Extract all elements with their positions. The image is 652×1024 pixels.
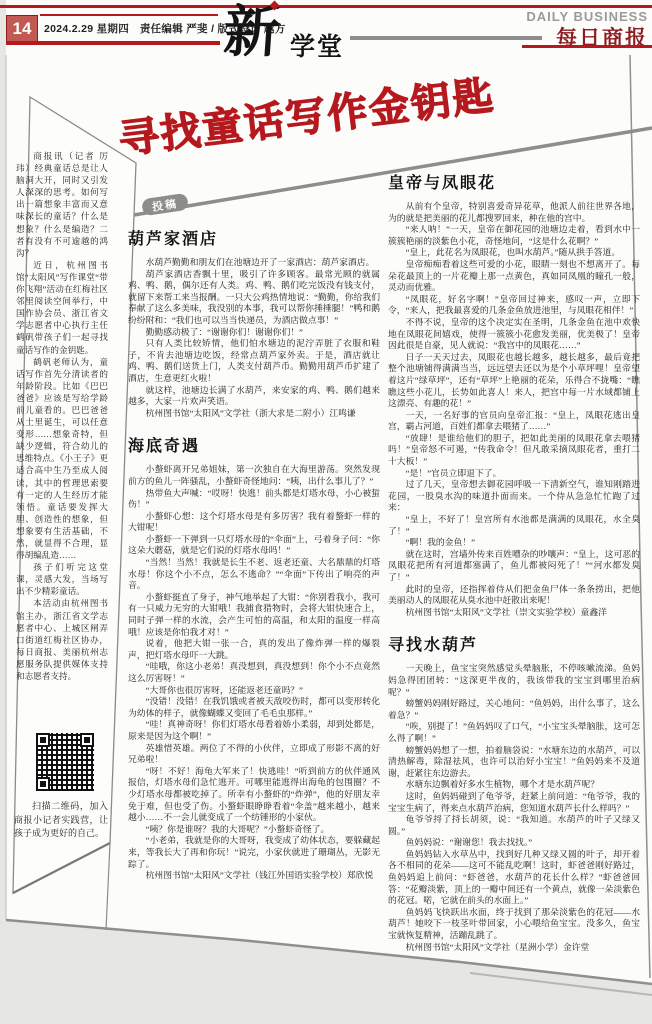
paragraph: “凤眼花，好名字啊！”皇帝回过神来，感叹一声，立即下令，“来人，把我最喜爱的几条… <box>388 294 640 317</box>
masthead-red-rule <box>522 45 652 48</box>
paragraph: “当然！当然！我就是长生不老、返老还童、大名鼎鼎的灯塔水母！你这个小不点，怎么不… <box>128 557 380 592</box>
paragraph: “小老弟，我就是你的大哥呀，我变成了幼体状态，要躲藏起来，等我长大了再和你玩！”… <box>128 835 380 870</box>
paragraph: 只有人类比较矫情，他们怕水塘边的泥泞弄脏了衣服和鞋子，不肯去池塘边吃饭，经常点葫… <box>128 338 380 384</box>
sidebar-intro-article: 商报讯（记者 厉玮）经典童话总是让人脑洞大开，同时又引发人深深的思考。如何写出一… <box>16 150 108 682</box>
date-bottom-rule <box>6 41 220 45</box>
date-top-rule <box>40 14 218 16</box>
paragraph: “没错！没错！在我饥饿或者被天敌咬伤时，都可以变形转化为幼体的样子，就像蝴蝶又变… <box>128 696 380 719</box>
article-byline: 杭州图书馆“太阳风”文学社（星洲小学）金许堂 <box>388 942 640 954</box>
paragraph: 螃蟹妈妈刚好路过，关心地问：“鱼妈妈，出什么事了，这么着急？” <box>388 698 640 721</box>
paragraph: 英雄惜英雄。两位了不得的小伙伴，立即成了形影不离的好兄弟啦！ <box>128 743 380 766</box>
paragraph: 就这样，池塘边长满了水葫芦，来安家的鸡、鸭、鹅们越来越多，大家一片欢声笑语。 <box>128 385 380 408</box>
paragraph: 从前有个皇帝，特别喜爱奇异花草，他派人前往世界各地，为的就是把美丽的花儿都搜罗回… <box>388 201 640 224</box>
article-body-emperor-flower: 从前有个皇帝，特别喜爱奇异花草，他派人前往世界各地，为的就是把美丽的花儿都搜罗回… <box>388 201 640 607</box>
paragraph: 近日，杭州图书馆“太阳风”写作课堂“带你飞翔”活动在红梅社区邻里阅读空间举行，中… <box>16 259 108 356</box>
article-title-emperor-flower: 皇帝与凤眼花 <box>388 170 640 193</box>
paragraph: 勤勤感动极了：“谢谢你们！谢谢你们！” <box>128 327 380 339</box>
paragraph: 一天晚上，鱼宝宝突然感觉头晕脑胀，不停咳嗽流涕。鱼妈妈急得团团转：“这深更半夜的… <box>388 663 640 698</box>
paragraph: 鱼妈妈飞快跃出水面，终于找到了那朵淡紫色的花冠——水葫芦！她咬下一枝茎叶带回家，… <box>388 907 640 942</box>
article-byline: 杭州图书馆“太阳风”文学社（崇文实验学校）童鑫洋 <box>388 607 640 619</box>
paragraph: “大哥你也很厉害呀，还能返老还童吗？” <box>128 685 380 697</box>
paragraph: “呀！不好！海龟大军来了！快逃哇！”听到前方的伙伴通风报信，灯塔水母们急忙逃开。… <box>128 766 380 824</box>
article-title-hulu-hotel: 葫芦家酒店 <box>128 226 380 249</box>
paragraph: 鹤矾老师认为，童话写作首先分清读者的年龄阶段。比如《巴巴爸爸》应该是写给学龄前儿… <box>16 356 108 562</box>
masthead-logo-sub: 学堂 <box>290 27 344 63</box>
paragraph: 水葫芦勤勤和朋友们在池塘边开了一家酒店：葫芦家酒店。 <box>128 257 380 269</box>
center-column: 葫芦家酒店 水葫芦勤勤和朋友们在池塘边开了一家酒店：葫芦家酒店。葫芦家酒店香飘十… <box>128 226 380 882</box>
qr-finder-icon <box>80 733 94 747</box>
paragraph: 热带鱼大声喊：“哎呀！快逃！前头都是灯塔水母，小心被蜇伤！” <box>128 488 380 511</box>
paragraph: 水塘东边飘着好多水生植物，哪个才是水葫芦呢？ <box>388 779 640 791</box>
qr-code <box>36 733 94 791</box>
paragraph: 商报讯（记者 厉玮）经典童话总是让人脑洞大开，同时又引发人深深的思考。如何写出一… <box>16 150 108 259</box>
qr-finder-icon <box>36 733 50 747</box>
paragraph: 龟爷爷捋了捋长胡须，说：“我知道。水葫芦的叶子又绿又圆。” <box>388 814 640 837</box>
masthead-logo: 新 <box>222 4 282 60</box>
article-body-find-hyacinth: 一天晚上，鱼宝宝突然感觉头晕脑胀，不停咳嗽流涕。鱼妈妈急得团团转：“这深更半夜的… <box>388 663 640 941</box>
article-body-seabed-adventure: 小螯虾离开兄弟姐妹，第一次独自在大海里游荡。突然发现前方的鱼儿一阵骚乱，小螯虾奇… <box>128 464 380 870</box>
article-title-seabed-adventure: 海底奇遇 <box>128 433 380 456</box>
right-column: 皇帝与凤眼花 从前有个皇帝，特别喜爱奇异花草，他派人前往世界各地，为的就是把美丽… <box>388 170 640 953</box>
newspaper-scan: 14 2024.2.29 星期四 责任编辑 严斐 / 版式设计 越方 新 学堂 … <box>0 0 652 1024</box>
paragraph: 小螯虾离开兄弟姐妹，第一次独自在大海里游荡。突然发现前方的鱼儿一阵骚乱，小螯虾奇… <box>128 464 380 487</box>
paragraph: 小螯虾挺直了身子，神气地举起了大钳：“你别看我小，我可有一只威力无穷的大钳哦！我… <box>128 592 380 638</box>
paragraph: 小螯虾一下弹到一只灯塔水母的“伞面”上，弓着身子问：“你这朵大蘑菇，就是它们说的… <box>128 534 380 557</box>
paragraph: “哇哦，你这小老弟！真没想到，真没想到！你个小不点竟然这么厉害呀！” <box>128 661 380 684</box>
article-title-find-hyacinth: 寻找水葫芦 <box>388 632 640 655</box>
paragraph: 一天，一名好事的官员向皇帝汇报：“皇上，凤眼花逃出皇宫，霸占河道，百姓们都拿去喂… <box>388 410 640 433</box>
paragraph: 小螯虾心想：这个灯塔水母是有多厉害？我有着螯虾一样的大钳呢！ <box>128 511 380 534</box>
paragraph: 过了几天，皇帝想去御花园呼吸一下清新空气，谁知刚踏进花园，一股臭水沟的味道扑面而… <box>388 479 640 514</box>
article-byline: 杭州图书馆“太阳风”文学社（浙大求是二附小）江鸣谦 <box>128 408 380 420</box>
paragraph: 不得不说，皇帝的这个决定实在圣明，几条金鱼在池中欢快地在凤眼花间嬉戏，使得一簇簇… <box>388 317 640 352</box>
paragraph: “咦？你是谁呀？我的大哥呢？”小螯虾奇怪了。 <box>128 824 380 836</box>
paragraph: 日子一天天过去，凤眼花也越长越多，越长越多，最后竟把整个池塘铺得满满当当，远远望… <box>388 352 640 410</box>
paragraph: 皇帝痴痴看着这些可爱的小花，眼睛一刻也不想离开了。每朵花最顶上的一片花瓣上那一点… <box>388 259 640 294</box>
paragraph: 孩子们听完这堂课，灵感大发，当场写出不少精彩童话。 <box>16 561 108 597</box>
article-body-hulu-hotel: 水葫芦勤勤和朋友们在池塘边开了一家酒店：葫芦家酒店。葫芦家酒店香飘十里，吸引了许… <box>128 257 380 408</box>
qr-finder-icon <box>36 777 50 791</box>
paragraph: “哇！真神奇呀！你们灯塔水母看着娇小柔弱，却到处都是，原来是因为这个啊！” <box>128 719 380 742</box>
paragraph: “来人呐！”一天，皇帝在御花园的池塘边走着，看到水中一簇簇艳丽的淡紫色小花，奇怪… <box>388 224 640 247</box>
paragraph: “皇上，不好了！皇宫所有水池都是满满的凤眼花，水全臭了！” <box>388 514 640 537</box>
paragraph: “皇上，此花名为凤眼花，也叫水葫芦。”随从拱手答道。 <box>388 247 640 259</box>
paragraph: 鱼妈妈说：“谢谢您！我去找找。” <box>388 837 640 849</box>
paragraph: 葫芦家酒店香飘十里，吸引了许多顾客。最常光顾的就属鸡、鸭、鹅，偶尔还有人类。鸡、… <box>128 269 380 327</box>
paragraph: “啊！我的金鱼！” <box>388 537 640 549</box>
paragraph: 此时的皇帝，还指挥着侍从们把金鱼尸体一条条捞出，把他美丽动人的凤眼花从臭水池中赶… <box>388 584 640 607</box>
page-number-badge: 14 <box>6 15 38 43</box>
paragraph: 说着，他把大钳一张一合，真的发出了像炸弹一样的爆裂声，把灯塔水母吓一大跳。 <box>128 638 380 661</box>
paragraph: 螃蟹妈妈想了一想，拍着脑袋说：“水塘东边的水葫芦，可以清热解毒，除湿祛风，也许可… <box>388 745 640 780</box>
paragraph: “唉，别提了！”鱼妈妈叹了口气，“小宝宝头晕脑胀，这可怎么得了啊！” <box>388 721 640 744</box>
paragraph: 鱼妈妈钻入水草丛中，找到好几种又绿又圆的叶子，却开着各不相同的花朵——这可不能乱… <box>388 849 640 907</box>
paragraph: “放肆！是谁给他们的胆子，把如此美丽的凤眼花拿去喂猪吗！”皇帝怒不可遏，“传我命… <box>388 433 640 468</box>
top-red-rule <box>0 5 652 8</box>
paragraph: 本活动由杭州图书馆主办，浙江省文学志愿者中心、上城区闸弄口街道红梅社区协办，每日… <box>16 597 108 682</box>
qr-caption: 扫描二维码，加入商报小记者实践营，让孩子成为更好的自己。 <box>14 800 108 841</box>
paragraph: 这时，鱼妈妈碰到了龟爷爷，赶紧上前问道：“龟爷爷，我的宝宝生病了，得来点水葫芦治… <box>388 791 640 814</box>
logo-rule <box>350 36 542 40</box>
article-byline: 杭州图书馆“太阳风”文学社（钱江外国语实验学校）郑欣悦 <box>128 870 380 882</box>
paragraph: 就在这时，宫墙外传来百姓嘈杂的吵嚷声：“皇上，这可恶的凤眼花把所有河道都塞满了，… <box>388 549 640 584</box>
paragraph: “是！”官员立即退下了。 <box>388 468 640 480</box>
